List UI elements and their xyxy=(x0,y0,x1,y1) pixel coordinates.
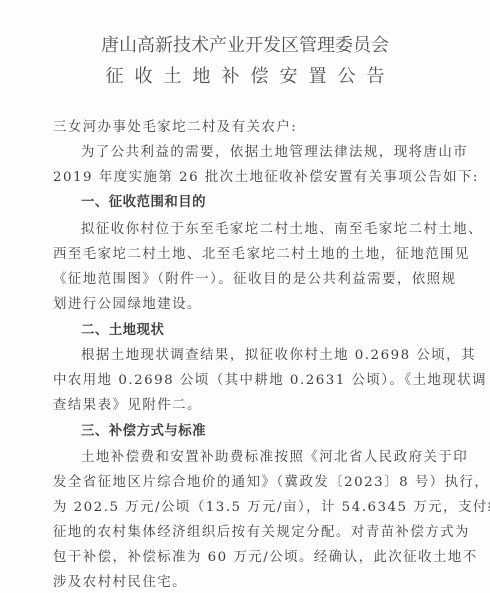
intro-line-2: 2019 年度实施第 26 批次土地征收补偿安置有关事项公告如下: xyxy=(53,166,479,185)
issuer-title: 唐山高新技术产业开发区管理委员会 xyxy=(0,31,490,57)
section-2-line-1: 根据土地现状调查结果，拟征收你村土地 0.2698 公顷，其 xyxy=(81,344,476,363)
section-2-line-3: 查结果表》见附件二。 xyxy=(53,394,202,413)
section-1-line-2: 西至毛家坨二村土地、北至毛家坨二村土地的土地，征地范围见 xyxy=(53,243,470,262)
notice-title: 征收土地补偿安置公告 xyxy=(0,62,490,88)
section-3-line-5: 包干补偿，补偿标准为 60 万元/公顷。经确认，此次征收土地不 xyxy=(53,546,478,565)
section-1-line-4: 划进行公园绿地建设。 xyxy=(53,293,202,312)
section-3-heading: 三、补偿方式与标准 xyxy=(81,420,206,439)
section-3-line-6: 涉及农村村民住宅。 xyxy=(53,571,187,590)
section-2-line-2: 中农用地 0.2698 公顷（其中耕地 0.2631 公顷）。《土地现状调 xyxy=(53,369,487,388)
section-3-line-1: 土地补偿费和安置补助费标准按照《河北省人民政府关于印 xyxy=(81,446,468,465)
section-1-line-1: 拟征收你村位于东至毛家坨二村土地、南至毛家坨二村土地、 xyxy=(81,218,483,237)
section-2-heading: 二、土地现状 xyxy=(81,319,164,338)
intro-line-1: 为了公共利益的需要，依据土地管理法律法规，现将唐山市 xyxy=(81,141,468,160)
addressee: 三女河办事处毛家坨二村及有关农户: xyxy=(53,116,297,135)
section-1-line-3: 《征地范围图》（附件一）。征收目的是公共利益需要，依照规 xyxy=(53,268,457,287)
section-1-heading: 一、征收范围和目的 xyxy=(81,191,206,210)
section-3-line-2: 发全省征地区片综合地价的通知》（冀政发〔2023〕8 号）执行， xyxy=(53,471,489,490)
section-3-line-4: 征地的农村集体经济组织后按有关规定分配。对青苗补偿方式为 xyxy=(53,521,470,540)
section-3-line-3: 为 202.5 万元/公顷（13.5 万元/亩），计 54.6345 万元，支付… xyxy=(53,496,490,515)
document-page: 唐山高新技术产业开发区管理委员会 征收土地补偿安置公告 三女河办事处毛家坨二村及… xyxy=(0,0,490,593)
